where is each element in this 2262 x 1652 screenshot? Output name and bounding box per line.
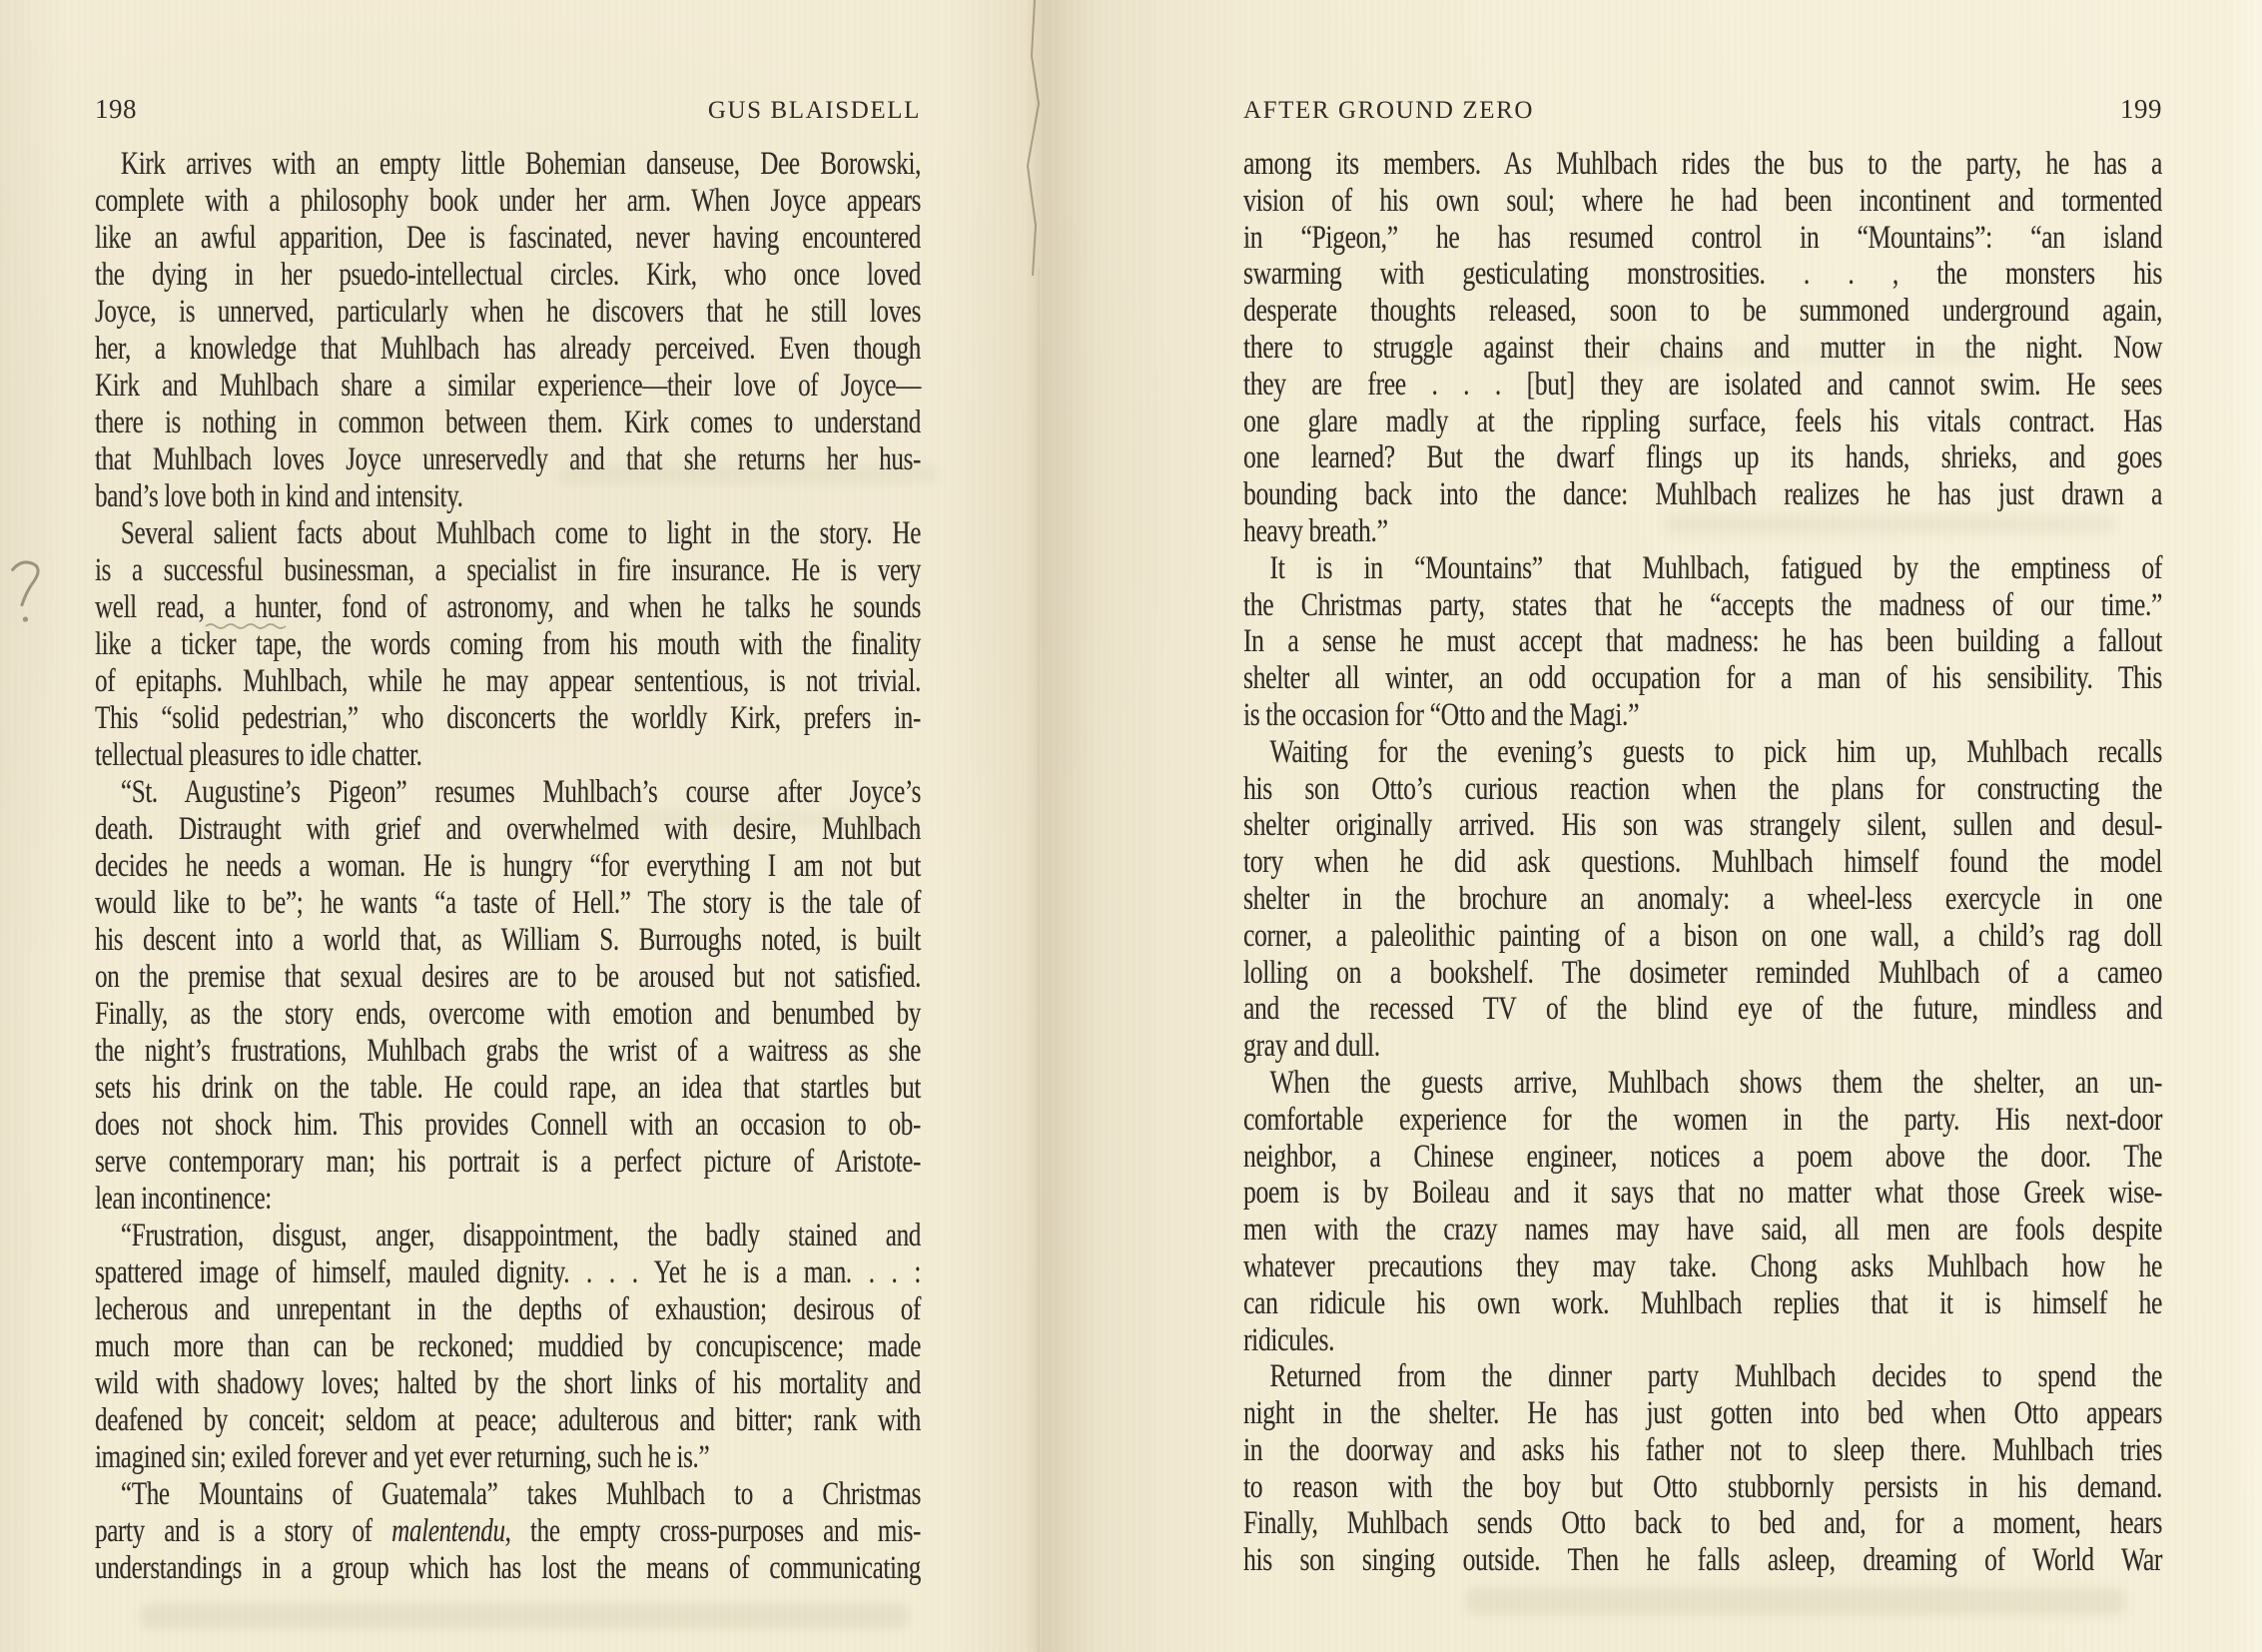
text-line: tellectual pleasures to idle chatter. [95, 737, 921, 774]
pencil-underline-hunter [204, 620, 288, 632]
text-line: heavy breath.” [1243, 513, 2162, 550]
text-line: lolling on a bookshelf. The dosimeter re… [1243, 955, 2162, 992]
text-line: It is in “Mountains” that Muhlbach, fati… [1243, 550, 2162, 587]
text-line: comfortable experience for the women in … [1243, 1102, 2162, 1139]
text-line: his son singing outside. Then he falls a… [1243, 1542, 2162, 1579]
text-line: among its members. As Muhlbach rides the… [1243, 146, 2162, 183]
bleed-through-smudge [1466, 1588, 2125, 1614]
running-head-right: AFTER GROUND ZERO [1243, 97, 1534, 125]
text-line: neighbor, a Chinese engineer, notices a … [1243, 1139, 2162, 1176]
text-line: is the occasion for “Otto and the Magi.” [1243, 697, 2162, 734]
page-left: 198 GUS BLAISDELL Kirk arrives with an e… [0, 0, 1007, 1652]
text-line: does not shock him. This provides Connel… [95, 1107, 921, 1144]
text-line: the night’s frustrations, Muhlbach grabs… [95, 1033, 921, 1070]
left-page-header: 198 GUS BLAISDELL [95, 94, 921, 125]
text-line: sets his drink on the table. He could ra… [95, 1070, 921, 1107]
text-line: In a sense he must accept that madness: … [1243, 623, 2162, 660]
text-line: bounding back into the dance: Muhlbach r… [1243, 476, 2162, 513]
text-line: in the doorway and asks his father not t… [1243, 1432, 2162, 1469]
text-line: can ridicule his own work. Muhlbach repl… [1243, 1285, 2162, 1322]
text-line: When the guests arrive, Muhlbach shows t… [1243, 1065, 2162, 1102]
text-line: one learned? But the dwarf flings up its… [1243, 439, 2162, 476]
page-number-right: 199 [2120, 94, 2162, 125]
text-line: ridicules. [1243, 1322, 2162, 1359]
text-line: whatever precautions they may take. Chon… [1243, 1248, 2162, 1285]
text-line: would like to be”; he wants “a taste of … [95, 885, 921, 922]
text-line: his son Otto’s curious reaction when the… [1243, 771, 2162, 808]
text-line: “St. Augustine’s Pigeon” resumes Muhlbac… [95, 774, 921, 811]
text-line: is a successful businessman, a specialis… [95, 552, 921, 589]
text-line: like an awful apparition, Dee is fascina… [95, 220, 921, 257]
text-line: her, a knowledge that Muhlbach has alrea… [95, 331, 921, 368]
text-line: “The Mountains of Guatemala” takes Muhlb… [95, 1476, 921, 1513]
text-line: desperate thoughts released, soon to be … [1243, 293, 2162, 330]
text-line: one glare madly at the rippling surface,… [1243, 404, 2162, 440]
text-line: Joyce, is unnerved, particularly when he… [95, 294, 921, 331]
text-line: that Muhlbach loves Joyce unreservedly a… [95, 441, 921, 478]
text-line: deafened by conceit; seldom at peace; ad… [95, 1402, 921, 1439]
text-line: Several salient facts about Muhlbach com… [95, 515, 921, 552]
text-line: Kirk arrives with an empty little Bohemi… [95, 146, 921, 183]
text-line: his descent into a world that, as Willia… [95, 922, 921, 959]
running-head-left: GUS BLAISDELL [708, 97, 921, 125]
text-line: on the premise that sexual desires are t… [95, 959, 921, 996]
text-line: of epitaphs. Muhlbach, while he may appe… [95, 663, 921, 700]
text-line: the Christmas party, states that he “acc… [1243, 587, 2162, 624]
text-line: swarming with gesticulating monstrositie… [1243, 256, 2162, 293]
text-line: “Frustration, disgust, anger, disappoint… [95, 1218, 921, 1254]
text-line: night in the shelter. He has just gotten… [1243, 1395, 2162, 1432]
text-line: vision of his own soul; where he had bee… [1243, 183, 2162, 220]
text-line: Finally, Muhlbach sends Otto back to bed… [1243, 1505, 2162, 1542]
right-page-header: AFTER GROUND ZERO 199 [1243, 94, 2162, 125]
text-line: the dying in her psuedo-intellectual cir… [95, 257, 921, 294]
text-line: they are free . . . [but] they are isola… [1243, 367, 2162, 404]
text-line: band’s love both in kind and intensity. [95, 478, 921, 515]
text-line: spattered image of himself, mauled digni… [95, 1254, 921, 1291]
book-spread: 198 GUS BLAISDELL Kirk arrives with an e… [0, 0, 2262, 1652]
text-line: complete with a philosophy book under he… [95, 183, 921, 220]
text-line: men with the crazy names may have said, … [1243, 1212, 2162, 1248]
text-line: serve contemporary man; his portrait is … [95, 1144, 921, 1181]
text-line: lecherous and unrepentant in the depths … [95, 1291, 921, 1328]
text-line: This “solid pedestrian,” who disconcerts… [95, 700, 921, 737]
text-line: to reason with the boy but Otto stubborn… [1243, 1469, 2162, 1506]
pencil-question-mark-annotation [6, 555, 46, 639]
text-line: decides he needs a woman. He is hungry “… [95, 848, 921, 885]
text-line: wild with shadowy loves; halted by the s… [95, 1365, 921, 1402]
text-line: lean incontinence: [95, 1181, 921, 1218]
text-line: Waiting for the evening’s guests to pick… [1243, 734, 2162, 771]
text-line: shelter in the brochure an anomaly: a wh… [1243, 881, 2162, 918]
text-line: party and is a story of malentendu, the … [95, 1513, 921, 1550]
text-line: death. Distraught with grief and overwhe… [95, 811, 921, 848]
text-line: understandings in a group which has lost… [95, 1550, 921, 1587]
text-line: Kirk and Muhlbach share a similar experi… [95, 368, 921, 405]
text-line: there to struggle against their chains a… [1243, 330, 2162, 367]
text-line: and the recessed TV of the blind eye of … [1243, 991, 2162, 1028]
text-line: Finally, as the story ends, overcome wit… [95, 996, 921, 1033]
text-line: shelter originally arrived. His son was … [1243, 807, 2162, 844]
text-line: imagined sin; exiled forever and yet eve… [95, 1439, 921, 1476]
page-number-left: 198 [95, 94, 137, 125]
text-line: gray and dull. [1243, 1028, 2162, 1065]
left-text-column: Kirk arrives with an empty little Bohemi… [95, 146, 921, 1587]
page-right: AFTER GROUND ZERO 199 among its members.… [1007, 0, 2262, 1652]
text-line: there is nothing in common between them.… [95, 405, 921, 441]
text-line: shelter all winter, an odd occupation fo… [1243, 660, 2162, 697]
right-text-column: among its members. As Muhlbach rides the… [1243, 146, 2162, 1579]
text-line: tory when he did ask questions. Muhlbach… [1243, 844, 2162, 881]
bleed-through-smudge [140, 1604, 909, 1628]
text-line: Returned from the dinner party Muhlbach … [1243, 1358, 2162, 1395]
text-line: corner, a paleolithic painting of a biso… [1243, 918, 2162, 955]
text-line: in “Pigeon,” he has resumed control in “… [1243, 220, 2162, 257]
text-line: much more than can be reckoned; muddied … [95, 1328, 921, 1365]
text-line: poem is by Boileau and it says that no m… [1243, 1175, 2162, 1212]
